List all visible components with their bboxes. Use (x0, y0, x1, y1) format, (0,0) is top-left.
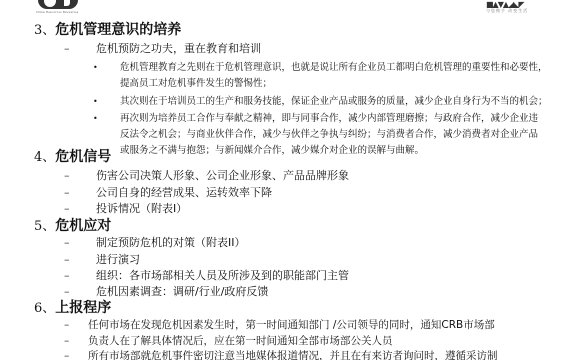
section-title: 危机应对 (55, 218, 111, 234)
item-text: 危机预防之功夫，重在教育和培训 (96, 42, 261, 56)
section-number: 3、 (34, 23, 55, 38)
item-text: 制定预防危机的对策（附表II） (96, 236, 246, 250)
section-title: 危机信号 (55, 149, 111, 165)
logo-right-slogan: 与您携手 改变生活 (486, 8, 558, 14)
section-heading-4: 4、危机信号 (34, 149, 111, 166)
bullet-line: 其次则在于培训员工的生产和服务技能，保证企业产品或服务的质量，减少企业自身行为不… (120, 94, 560, 110)
dash-marker: – (64, 285, 70, 299)
item-text: 进行演习 (96, 253, 140, 267)
logo-left-subtitle: China Resources Breweries (36, 11, 80, 14)
section-heading-6: 6、上报程序 (34, 300, 111, 317)
item-text: 投诉情况（附表I） (96, 202, 187, 216)
crb-logo-mark (38, 0, 78, 9)
bullet-line: 危机管理教育之先则在于危机管理意识，也就是说让所有企业员工都明白危机管理的重要性… (120, 60, 560, 76)
section-number: 5、 (34, 219, 55, 234)
dash-marker: – (64, 202, 70, 216)
dash-marker: – (64, 42, 70, 56)
section-heading-5: 5、危机应对 (34, 218, 111, 235)
bullet-icon: • (93, 94, 98, 110)
item-text: 危机因素调查：调研/行业/政府反馈 (96, 285, 268, 299)
section-title: 危机管理意识的培养 (55, 22, 181, 38)
dash-marker: – (64, 349, 69, 360)
item-text: 所有市场部就危机事件密切注意当地媒体报道情况，并且在有来访者询问时，遵循采访制 (88, 349, 498, 360)
bullet-line: 反法令之机会；与商业伙伴合作，减少与伙伴之争执与纠纷；与消费者合作，减少消费者对… (120, 127, 560, 143)
section-number: 4、 (34, 150, 55, 165)
company-logo-right: ■▲▼▲◢◣◤ 与您携手 改变生活 (486, 0, 558, 16)
item-text: 伤害公司决策人形象、公司企业形象、产品品牌形象 (96, 169, 349, 183)
dash-marker: – (64, 334, 69, 348)
dash-marker: – (64, 186, 70, 200)
company-logo-left: China Resources Breweries (36, 0, 80, 18)
bullet-icon: • (93, 111, 98, 127)
section-heading-3: 3、危机管理意识的培养 (34, 22, 181, 39)
dash-marker: – (64, 318, 69, 332)
dash-marker: – (64, 253, 70, 267)
item-text: 公司自身的经营成果、运转效率下降 (96, 186, 272, 200)
dash-marker: – (64, 169, 70, 183)
dash-marker: – (64, 269, 70, 283)
brand-logo-mark: ■▲▼▲◢◣◤ (486, 0, 558, 8)
section-number: 6、 (34, 301, 55, 316)
dash-marker: – (64, 236, 70, 250)
item-text: 负责人在了解具体情况后，应在第一时间通知全部市场部公关人员 (88, 334, 393, 348)
bullet-icon: • (93, 60, 98, 76)
section-title: 上报程序 (55, 300, 111, 316)
item-text: 组织：各市场部相关人员及所涉及到的职能部门主管 (96, 269, 349, 283)
bullet-line: 再次则为培养员工合作与奉献之精神，即与同事合作，减少内部管理磨擦；与政府合作，减… (120, 111, 560, 127)
bullet-line: 或服务之不满与抱怨；与新闻媒介合作，减少媒介对企业的误解与曲解。 (120, 143, 560, 159)
item-text: 任何市场在发现危机因素发生时，第一时间通知部门 /公司领导的同时，通知CRB市场… (88, 318, 495, 332)
bullet-line: 提高员工对危机事件发生的警惕性； (120, 76, 560, 92)
